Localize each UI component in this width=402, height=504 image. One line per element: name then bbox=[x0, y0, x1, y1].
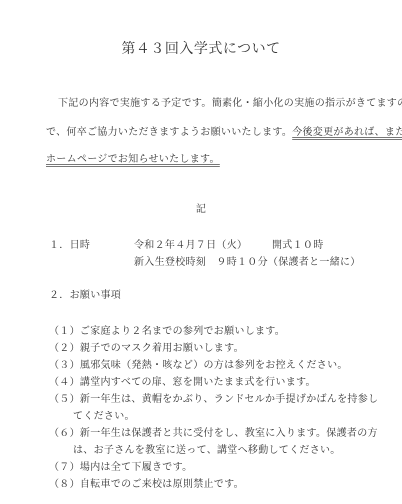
list-item: （６）新一年生は保護者と共に受付をし、教室に入ります。保護者の方 bbox=[49, 424, 378, 439]
intro-underlined-notice-cont: ホームページでお知らせいたします。 bbox=[46, 154, 220, 165]
list-item: （４）講堂内すべての扉、窓を開いたまま式を行います。 bbox=[49, 373, 316, 388]
event-date: 令和２年４月７日（火） bbox=[134, 236, 247, 251]
arrival-time: 新入生登校時刻 ９時１０分（保護者と一緒に） bbox=[134, 253, 361, 268]
section-2-label: ２．お願い事項 bbox=[49, 286, 121, 301]
intro-line-1: 下記の内容で実施する予定です。簡素化・縮小化の実施の指示がきてますの bbox=[58, 94, 402, 109]
list-item: （８）自転車でのご来校は原則禁止です。 bbox=[49, 475, 244, 490]
document-title: 第４３回入学式について bbox=[0, 38, 402, 58]
intro-line-3: ホームページでお知らせいたします。 bbox=[46, 150, 220, 165]
list-item: （５）新一年生は、黄帽をかぶり、ランドセルか手提げかばんを持参し bbox=[49, 390, 378, 405]
list-item: （１）ご家庭より２名までの参列でお願いします。 bbox=[49, 322, 285, 337]
section-1-label: １．日時 bbox=[49, 236, 90, 251]
intro-line-2: で、何卒ご協力いただきますようお願いいたします。今後変更があれば、また bbox=[46, 123, 402, 138]
list-item-continuation: は、お子さんを教室に送って、講堂へ移動してください。 bbox=[73, 441, 341, 456]
list-item: （７）場内は全て下履きです。 bbox=[49, 458, 192, 473]
list-item-continuation: てください。 bbox=[73, 407, 135, 422]
list-item: （３）風邪気味（発熱・咳など）の方は参列をお控えください。 bbox=[49, 356, 348, 371]
ki-heading: 記 bbox=[0, 200, 402, 215]
intro-underlined-notice: 今後変更があれば、また bbox=[292, 127, 402, 138]
list-item: （２）親子でのマスク着用お願いします。 bbox=[49, 339, 244, 354]
opening-time: 開式１０時 bbox=[272, 236, 324, 251]
intro-line-2-text: で、何卒ご協力いただきますようお願いいたします。 bbox=[46, 127, 292, 138]
